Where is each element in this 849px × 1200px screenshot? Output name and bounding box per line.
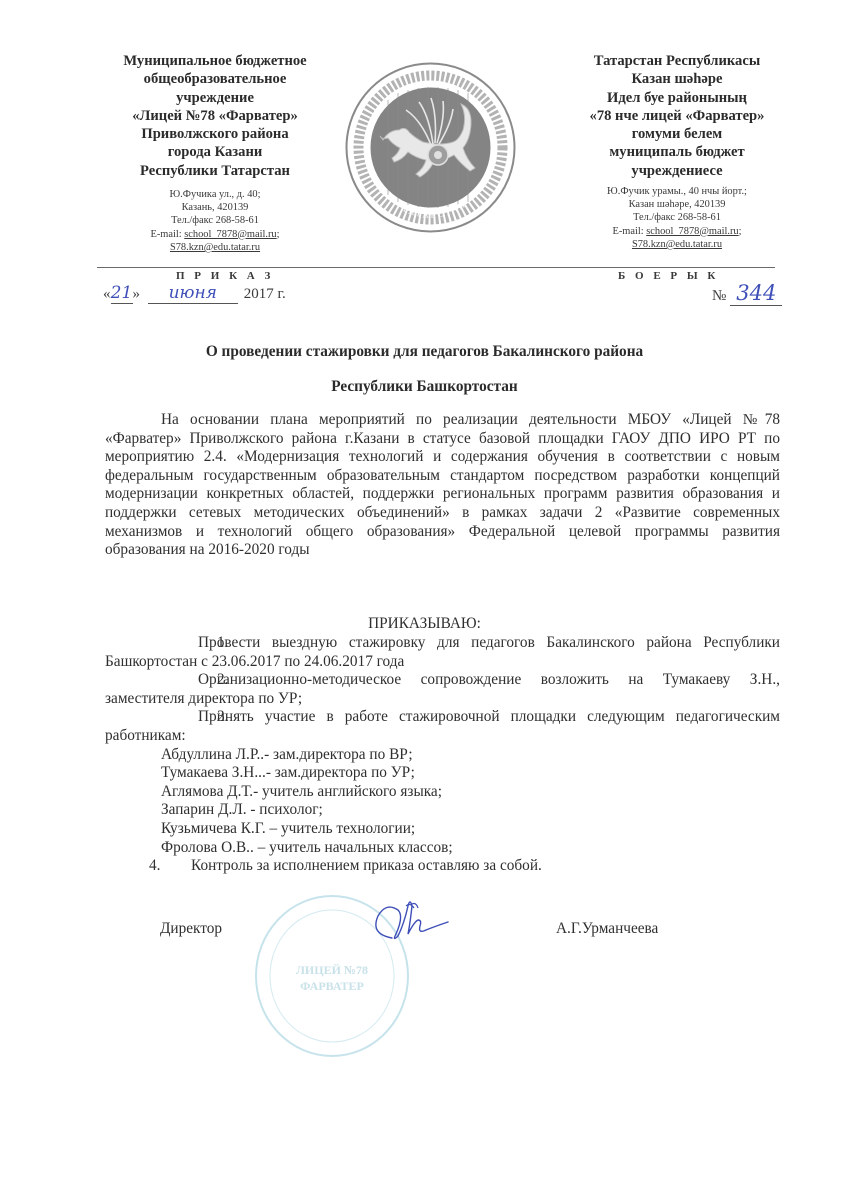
email-line: E-mail: school_7878@mail.ru; [100,228,330,241]
handwritten-signature-icon [362,898,457,948]
email-separator: ; [277,229,280,240]
item-text: Контроль за исполнением приказа оставляю… [191,857,542,874]
org-name-tatar: Татарстан Республикасы Казан шәһәре Идел… [552,52,802,180]
quote-open: « [103,286,111,302]
phone-fax: Тел./факс 268-58-61 [552,211,802,224]
org-name-line: города Казани [100,143,330,161]
item-number: 1. [161,634,198,653]
date-day-handwritten: 21 [111,283,133,304]
staff-list-item: Фролова О.В.. – учитель начальных классо… [161,839,780,858]
date-year: 2017 г. [244,286,286,302]
email-link-1[interactable]: school_7878@mail.ru [184,229,276,240]
org-name-line: «78 нче лицей «Фарватер» [552,107,802,125]
staff-list-item: Кузьмичева К.Г. – учитель технологии; [161,820,780,839]
order-item-4: 4.Контроль за исполнением приказа оставл… [105,857,780,876]
order-date: «21» июня2017 г. [103,283,286,304]
item-number: 4. [149,857,191,876]
email-label: E-mail: [612,226,646,237]
org-name-line: общеобразовательное [100,70,330,88]
quote-close: » [133,286,141,302]
order-label-tatar: Б О Е Р Ы К [618,270,719,282]
item-text: Организационно-методическое сопровождени… [105,671,780,707]
org-name-line: учреждениесе [552,162,802,180]
address-line: Ю.Фучик урамы., 40 нчы йорт.; [552,185,802,198]
svg-text:ФАРВАТЕР: ФАРВАТЕР [300,979,364,993]
address-line: Казань, 420139 [100,201,330,214]
staff-list-item: Абдуллина Л.Р..- зам.директора по ВР; [161,746,780,765]
order-item-3: 3.Принять участие в работе стажировочной… [105,708,780,745]
item-text: Провести выездную стажировку для педагог… [105,634,780,670]
org-name-line: Республики Татарстан [100,162,330,180]
org-name-line: Идел буе районының [552,89,802,107]
email-link-2[interactable]: S78.kzn@edu.tatar.ru [170,242,260,253]
staff-list: Абдуллина Л.Р..- зам.директора по ВР; Ту… [105,746,780,858]
svg-text:ЛИЦЕЙ №78: ЛИЦЕЙ №78 [296,963,368,977]
document-subject-line-2: Республики Башкортостан [0,378,849,396]
staff-list-item: Запарин Д.Л. - психолог; [161,801,780,820]
order-items: 1.Провести выездную стажировку для педаг… [105,634,780,876]
item-number: 2. [161,671,198,690]
org-name-russian: Муниципальное бюджетное общеобразователь… [100,52,330,180]
order-directive-heading: ПРИКАЗЫВАЮ: [0,615,849,633]
org-name-line: Татарстан Республикасы [552,52,802,70]
document-subject-line-1: О проведении стажировки для педагогов Ба… [0,343,849,361]
order-label-russian: П Р И К А З [176,270,274,282]
contact-block-tatar: Ю.Фучик урамы., 40 нчы йорт.; Казан шәһә… [552,185,802,251]
order-number-handwritten: 344 [730,281,782,306]
address-line: Казан шәһәре, 420139 [552,198,802,211]
email-link-1[interactable]: school_7878@mail.ru [646,226,738,237]
order-number: №344 [712,281,782,306]
email-line: E-mail: school_7878@mail.ru; [552,225,802,238]
email-link-2[interactable]: S78.kzn@edu.tatar.ru [632,239,722,250]
org-name-line: Приволжского района [100,125,330,143]
header-left-russian: Муниципальное бюджетное общеобразователь… [100,52,330,254]
order-item-1: 1.Провести выездную стажировку для педаг… [105,634,780,671]
number-sign: № [712,288,726,304]
org-name-line: учреждение [100,89,330,107]
signatory-name: А.Г.Урманчеева [556,920,658,938]
item-text: Принять участие в работе стажировочной п… [105,708,780,744]
contact-block-russian: Ю.Фучика ул., д. 40; Казань, 420139 Тел.… [100,188,330,254]
org-name-line: Казан шәһәре [552,70,802,88]
staff-list-item: Тумакаева З.Н...- зам.директора по УР; [161,764,780,783]
email-separator: ; [739,226,742,237]
email-label: E-mail: [150,229,184,240]
order-item-2: 2.Организационно-методическое сопровожде… [105,671,780,708]
item-number: 3. [161,708,198,727]
header-divider [97,267,775,268]
phone-fax: Тел./факс 268-58-61 [100,214,330,227]
org-name-line: гомуми белем [552,125,802,143]
date-month-handwritten: июня [148,283,238,304]
preamble-paragraph: На основании плана мероприятий по реализ… [105,411,780,560]
org-name-line: муниципаль бюджет [552,143,802,161]
header-right-tatar: Татарстан Республикасы Казан шәһәре Идел… [552,52,802,251]
staff-list-item: Аглямова Д.Т.- учитель английского языка… [161,783,780,802]
org-name-line: «Лицей №78 «Фарватер» [100,107,330,125]
org-name-line: Муниципальное бюджетное [100,52,330,70]
signatory-title: Директор [160,920,222,938]
coat-of-arms-icon: ТАТАРСТАН [343,60,518,235]
address-line: Ю.Фучика ул., д. 40; [100,188,330,201]
